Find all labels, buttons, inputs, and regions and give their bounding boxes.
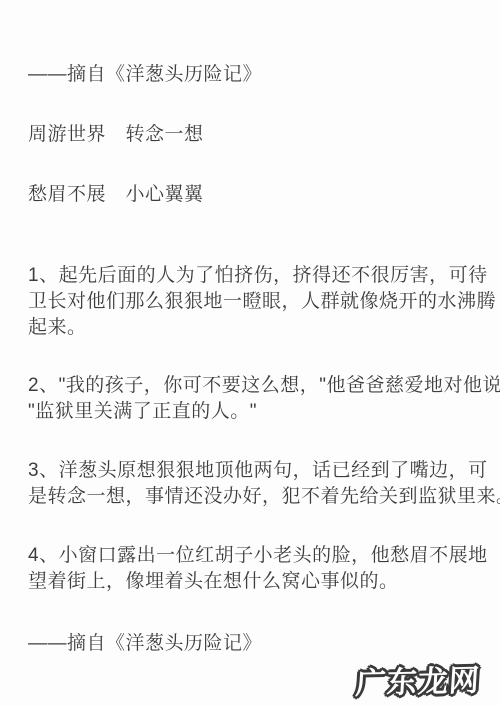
paragraph-4-line-2: 望着街上，像埋着头在想什么窝心事似的。 [28,569,488,595]
word-list-row-1: 周游世界 转念一想 [28,119,204,146]
paragraph-4: 4、小窗口露出一位红胡子小老头的脸，他愁眉不展地 望着街上，像埋着头在想什么窝心… [28,543,488,595]
source-citation-top: ——摘自《洋葱头历险记》 [28,59,262,86]
source-citation-bottom: ——摘自《洋葱头历险记》 [28,628,262,655]
paragraph-2: 2、"我的孩子，你可不要这么想，"他爸爸慈爱地对他说， "监狱里关满了正直的人。… [28,373,500,425]
word-list-row-2: 愁眉不展 小心翼翼 [28,179,204,206]
paragraph-3-line-2: 是转念一想，事情还没办好，犯不着先给关到监狱里来。 [28,484,500,510]
paragraph-3-line-1: 3、洋葱头原想狠狠地顶他两句，话已经到了嘴边，可 [28,458,500,484]
paragraph-1-line-1: 1、起先后面的人为了怕挤伤，挤得还不很厉害，可待 [28,263,496,289]
paragraph-1: 1、起先后面的人为了怕挤伤，挤得还不很厉害，可待 卫长对他们那么狠狠地一瞪眼，人… [28,263,496,341]
paragraph-3: 3、洋葱头原想狠狠地顶他两句，话已经到了嘴边，可 是转念一想，事情还没办好，犯不… [28,458,500,510]
document-page: ——摘自《洋葱头历险记》 周游世界 转念一想 愁眉不展 小心翼翼 1、起先后面的… [0,0,500,706]
paragraph-1-line-2: 卫长对他们那么狠狠地一瞪眼，人群就像烧开的水沸腾 [28,289,496,315]
paragraph-2-line-1: 2、"我的孩子，你可不要这么想，"他爸爸慈爱地对他说， [28,373,500,399]
paragraph-2-line-2: "监狱里关满了正直的人。" [28,399,500,425]
paragraph-1-line-3: 起来。 [28,315,496,341]
paragraph-4-line-1: 4、小窗口露出一位红胡子小老头的脸，他愁眉不展地 [28,543,488,569]
site-watermark: 广东龙网 [355,655,482,702]
